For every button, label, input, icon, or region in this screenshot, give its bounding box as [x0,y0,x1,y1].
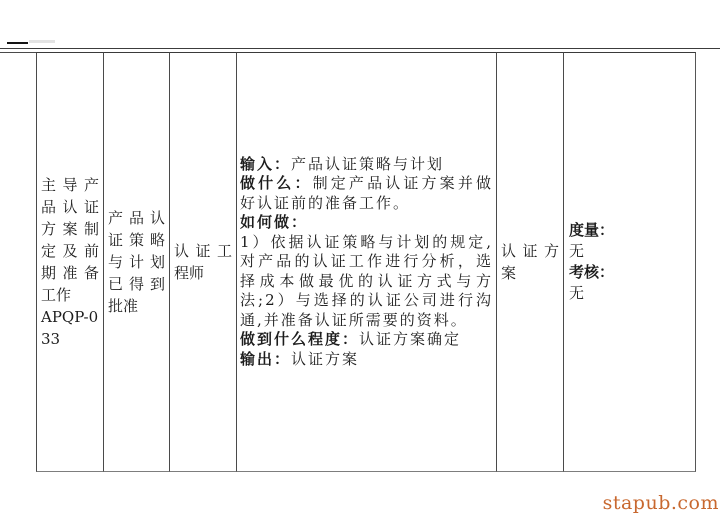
table-cell-empty-margin [0,53,36,472]
table-cell-process-detail: 输入：产品认证策略与计划 做什么：制定产品认证方案并做好认证前的准备工作。 如何… [236,52,496,472]
measure-label: 度量： [569,220,690,241]
process-degree-label: 做到什么程度： [240,330,359,348]
output-doc-text: 认证方案 [497,240,563,284]
table-cell-output-doc: 认证方案 [496,52,563,472]
stapub-watermark: stapub.com [603,492,719,514]
process-input-line: 输入：产品认证策略与计划 [240,155,493,175]
page-top-dash-smudge [29,40,55,43]
process-definition-table: 主导产品认证方案制定及前期准备工作 APQP-033 产品认证策略与计划已得到批… [36,52,696,472]
process-input-label: 输入： [240,155,291,173]
process-steps-value: 1）依据认证策略与计划的规定,对产品的认证工作进行分析，选择成本做最优的认证方式… [240,233,493,329]
task-id-text: 主导产品认证方案制定及前期准备工作 APQP-033 [37,174,103,350]
process-how-label: 如何做： [240,213,308,231]
table-cell-metrics: 度量： 无 考核： 无 [563,52,696,472]
process-output-value: 认证方案 [291,350,359,368]
process-steps-line: 1）依据认证策略与计划的规定,对产品的认证工作进行分析，选择成本做最优的认证方式… [240,233,493,331]
assess-label: 考核： [569,262,690,283]
page-top-horizontal-rule [0,48,720,49]
table-cell-precondition: 产品认证策略与计划已得到批准 [103,52,169,472]
table-cell-role: 认证工程师 [169,52,236,472]
process-degree-value: 认证方案确定 [359,330,461,348]
process-output-label: 输出： [240,350,291,368]
measure-value: 无 [569,241,690,262]
table-cell-task-id: 主导产品认证方案制定及前期准备工作 APQP-033 [36,52,103,472]
process-what-line: 做什么：制定产品认证方案并做好认证前的准备工作。 [240,174,493,213]
precondition-text: 产品认证策略与计划已得到批准 [104,207,169,317]
process-input-value: 产品认证策略与计划 [291,155,444,173]
process-how-line: 如何做： [240,213,493,233]
page-top-dash-mark [7,42,28,44]
process-what-label: 做什么： [240,174,313,192]
role-text: 认证工程师 [170,240,236,284]
assess-value: 无 [569,283,690,304]
process-output-line: 输出：认证方案 [240,350,493,370]
process-degree-line: 做到什么程度：认证方案确定 [240,330,493,350]
